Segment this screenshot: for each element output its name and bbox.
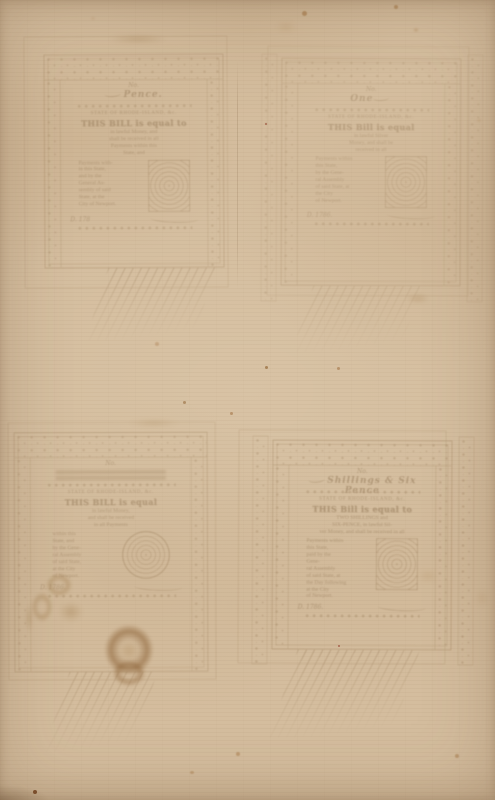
photo-vignette (0, 0, 495, 800)
photograph-of-aged-paper-sheet: No. Pence. STATE OF RHODE-ISLAND, &c. TH… (0, 0, 495, 800)
